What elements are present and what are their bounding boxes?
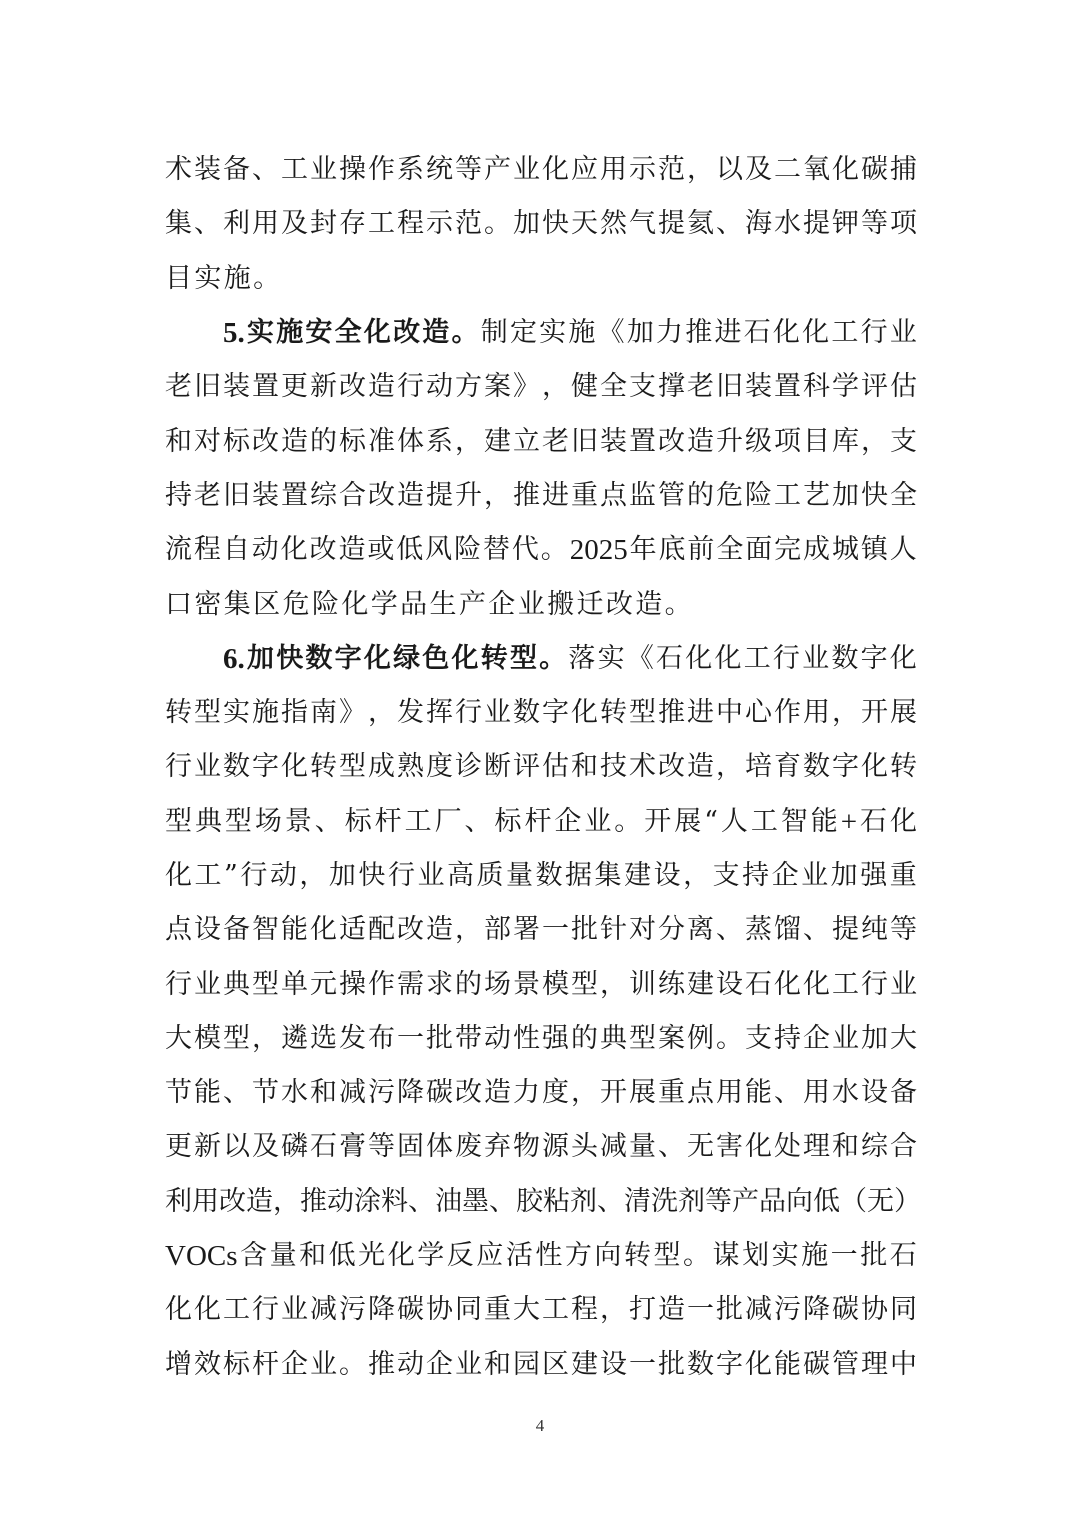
- text-char: 业: [518, 583, 545, 627]
- text-char: 流: [165, 528, 192, 572]
- text-char: 估: [890, 365, 917, 409]
- text-char: 断: [484, 745, 511, 789]
- text-char: 化: [341, 583, 368, 627]
- text-char: 力: [513, 1071, 540, 1115]
- text-char: 二: [774, 148, 801, 192]
- text-char: 。: [253, 257, 280, 301]
- text-char: 推: [658, 691, 685, 735]
- text-char: 磷: [281, 1125, 308, 1169]
- text-char: 理: [803, 1125, 830, 1169]
- paragraph-line: 型典型场景、标杆工厂、标杆企业。开展“人工智能+石化: [165, 795, 917, 849]
- text-char: 海: [745, 202, 772, 246]
- text-char: 型: [165, 800, 192, 844]
- text-char: 例: [687, 1017, 714, 1061]
- text-char: 降: [368, 1288, 395, 1332]
- text-char: 实: [539, 311, 566, 355]
- text-char: 行: [861, 311, 888, 355]
- text-char: 部: [484, 908, 511, 952]
- text-char: 降: [397, 1071, 424, 1115]
- text-char: 质: [476, 854, 503, 898]
- text-char: 强: [860, 854, 887, 898]
- text-char: 合: [890, 1125, 917, 1169]
- text-char: 施: [801, 1234, 828, 1278]
- section-heading-char: 加: [247, 637, 274, 681]
- text-char: 智: [781, 800, 808, 844]
- text-char: 装: [252, 474, 279, 518]
- text-char: 施: [252, 691, 279, 735]
- text-char: 实: [194, 257, 221, 301]
- text-char: 重: [658, 1071, 685, 1115]
- text-char: 智: [252, 908, 279, 952]
- text-char: 对: [194, 420, 221, 464]
- text-char: 配: [368, 908, 395, 952]
- text-char: 案: [658, 1017, 685, 1061]
- text-char: 点: [600, 474, 627, 518]
- text-char: 定: [510, 311, 537, 355]
- paragraph-line: 转型实施指南》，发挥行业数字化转型推进中心作用，开展: [165, 686, 917, 740]
- text-char: 碳: [397, 1288, 424, 1332]
- text-char: 石: [656, 637, 683, 681]
- text-char: 选: [310, 1017, 337, 1061]
- text-char: 存: [339, 202, 366, 246]
- text-char: 品: [400, 583, 427, 627]
- text-char: 练: [658, 963, 685, 1007]
- paragraph-line: 流程自动化改造或低风险替代。2025年底前全面完成城镇人: [165, 523, 917, 577]
- text-char: 能: [745, 1071, 772, 1115]
- text-char: 应: [571, 148, 598, 192]
- text-char: 的: [455, 963, 482, 1007]
- text-char: 一: [629, 1343, 656, 1387]
- text-char: 减: [339, 1071, 366, 1115]
- text-char: ，: [273, 1180, 300, 1224]
- text-char: 求: [426, 963, 453, 1007]
- text-char: 化: [890, 800, 917, 844]
- text-char: 用: [803, 1071, 830, 1115]
- text-char: 和: [299, 1234, 326, 1278]
- text-char: 集: [224, 583, 251, 627]
- text-char: 动: [270, 854, 297, 898]
- text-char: 业: [194, 745, 221, 789]
- text-char: 城: [832, 528, 859, 572]
- text-char: 面: [745, 528, 772, 572]
- text-char: 管: [658, 474, 685, 518]
- text-char: 废: [455, 1125, 482, 1169]
- text-char: 系: [426, 420, 453, 464]
- text-char: 字: [542, 691, 569, 735]
- text-char: 指: [281, 691, 308, 735]
- text-char: 加: [861, 1017, 888, 1061]
- text-char: 碳: [426, 1071, 453, 1115]
- text-char: 化: [802, 311, 829, 355]
- text-char: 老: [687, 365, 714, 409]
- text-char: 减: [745, 1288, 772, 1332]
- text-char: 洗: [651, 1180, 678, 1224]
- text-char: 及: [281, 202, 308, 246]
- text-char: 快: [358, 854, 385, 898]
- text-char: ，: [368, 691, 395, 735]
- text-char: 建: [687, 963, 714, 1007]
- text-char: 的: [310, 420, 337, 464]
- text-char: 中: [716, 691, 743, 735]
- text-char: 协: [426, 1288, 453, 1332]
- text-char: 批: [658, 1343, 685, 1387]
- text-char: 造: [658, 1288, 685, 1332]
- text-char: 范: [658, 148, 685, 192]
- text-char: 、: [315, 800, 342, 844]
- text-char: 业: [802, 637, 829, 681]
- text-char: 能: [811, 800, 838, 844]
- text-char: 协: [861, 1288, 888, 1332]
- text-char: 批: [860, 1234, 887, 1278]
- text-char: 水: [832, 1071, 859, 1115]
- text-char: 一: [831, 1234, 858, 1278]
- text-char: 含: [240, 1234, 267, 1278]
- text-char: 操: [339, 148, 366, 192]
- section-heading-char: 。: [452, 311, 479, 355]
- text-char: 氧: [803, 148, 830, 192]
- text-char: 化: [310, 908, 337, 952]
- text-char: 转: [165, 691, 192, 735]
- text-char: 旧: [194, 365, 221, 409]
- text-char: 持: [774, 1017, 801, 1061]
- text-char: ，: [571, 1071, 598, 1115]
- text-char: 业: [417, 854, 444, 898]
- text-char: 加: [513, 202, 540, 246]
- text-char: 操: [339, 963, 366, 1007]
- text-char: 实: [772, 1234, 799, 1278]
- text-char: 案: [484, 365, 511, 409]
- text-char: 然: [600, 202, 627, 246]
- text-char: 撑: [658, 365, 685, 409]
- text-char: 型: [339, 745, 366, 789]
- text-char: 化: [281, 745, 308, 789]
- text-char: 转: [600, 691, 627, 735]
- text-char: 企: [281, 1343, 308, 1387]
- text-char: 展: [629, 1071, 656, 1115]
- text-char: 批: [571, 908, 598, 952]
- text-char: 以: [223, 1125, 250, 1169]
- text-char: 工: [405, 800, 432, 844]
- text-char: 工: [832, 963, 859, 1007]
- text-char: 南: [310, 691, 337, 735]
- text-char: 进: [687, 691, 714, 735]
- text-char: 的: [687, 474, 714, 518]
- text-char: 支: [890, 420, 917, 464]
- paragraph-line: 节能、节水和减污降碳改造力度，开展重点用能、用水设备: [165, 1066, 917, 1120]
- text-char: 弃: [484, 1125, 511, 1169]
- text-char: 馏: [774, 908, 801, 952]
- text-char: 开: [600, 1071, 627, 1115]
- text-char: 。: [614, 800, 641, 844]
- text-char: 改: [310, 528, 337, 572]
- text-char: 数: [223, 745, 250, 789]
- paragraph-line: 老旧装置更新改造行动方案》，健全支撑老旧装置科学评估: [165, 360, 917, 414]
- text-char: 涂: [354, 1180, 381, 1224]
- text-char: ”: [224, 854, 238, 898]
- text-char: 持: [742, 854, 769, 898]
- text-char: 工: [751, 800, 778, 844]
- text-char: 一: [687, 1288, 714, 1332]
- text-char: 准: [368, 420, 395, 464]
- text-char: 改: [368, 474, 395, 518]
- text-char: 工: [744, 637, 771, 681]
- text-char: 、: [774, 1071, 801, 1115]
- text-char: 字: [716, 1343, 743, 1387]
- section-heading-char: 化: [364, 637, 391, 681]
- text-char: 业: [281, 1288, 308, 1332]
- text-char: 布: [368, 1017, 395, 1061]
- text-char: 和: [571, 745, 598, 789]
- text-char: 标: [345, 800, 372, 844]
- text-char: 》: [513, 365, 540, 409]
- text-char: 污: [339, 1288, 366, 1332]
- text-char: 活: [506, 1234, 533, 1278]
- text-char: 推: [513, 474, 540, 518]
- text-char: 更: [165, 1125, 192, 1169]
- text-char: 标: [223, 420, 250, 464]
- text-char: 。: [665, 583, 692, 627]
- text-char: 改: [606, 583, 633, 627]
- text-char: 代: [512, 528, 539, 572]
- text-char: 据: [565, 854, 592, 898]
- text-char: 型: [629, 691, 656, 735]
- text-char: 水: [774, 202, 801, 246]
- text-char: 行: [165, 745, 192, 789]
- text-char: 评: [861, 365, 888, 409]
- text-char: 险: [312, 583, 339, 627]
- text-char: 同: [890, 1288, 917, 1332]
- text-char: 遴: [281, 1017, 308, 1061]
- text-char: 业: [455, 1343, 482, 1387]
- section-heading-char: 安: [305, 311, 332, 355]
- text-char: 。: [484, 202, 511, 246]
- text-char: 改: [339, 365, 366, 409]
- text-char: 量: [270, 1234, 297, 1278]
- text-char: ，: [484, 474, 511, 518]
- section-heading-char: 造: [422, 311, 449, 355]
- text-char: 育: [774, 745, 801, 789]
- text-char: 险: [454, 528, 481, 572]
- text-char: 设: [194, 908, 221, 952]
- text-char: ，: [455, 908, 482, 952]
- text-char: 企: [488, 583, 515, 627]
- text-char: 光: [358, 1234, 385, 1278]
- text-char: 统: [426, 148, 453, 192]
- text-char: 全: [716, 528, 743, 572]
- text-char: 品: [759, 1180, 786, 1224]
- text-char: 作: [368, 148, 395, 192]
- text-char: 适: [339, 908, 366, 952]
- text-char: 动: [426, 365, 453, 409]
- text-char: 中: [890, 1343, 917, 1387]
- text-char: 理: [861, 1343, 888, 1387]
- paragraph-line: 大模型，遴选发布一批带动性强的典型案例。支持企业加大: [165, 1012, 917, 1066]
- text-char: 综: [310, 474, 337, 518]
- text-char: 替: [483, 528, 510, 572]
- text-char: 业: [484, 691, 511, 735]
- text-char: 集: [165, 202, 192, 246]
- text-char: 等: [890, 908, 917, 952]
- text-char: 备: [223, 908, 250, 952]
- text-char: 模: [542, 963, 569, 1007]
- text-char: 化: [714, 637, 741, 681]
- text-char: 心: [745, 691, 772, 735]
- text-char: ，: [600, 1288, 627, 1332]
- text-char: 项: [890, 202, 917, 246]
- text-char: ，: [832, 691, 859, 735]
- text-char: 源: [542, 1125, 569, 1169]
- text-char: 设: [600, 1343, 627, 1387]
- text-char: 完: [774, 528, 801, 572]
- text-char: 石: [890, 1234, 917, 1278]
- text-char: 工: [831, 311, 858, 355]
- text-char: 、: [465, 800, 492, 844]
- text-char: 库: [832, 420, 859, 464]
- text-char: 程: [397, 202, 424, 246]
- text-char: 型: [629, 1017, 656, 1061]
- text-char: 转: [310, 745, 337, 789]
- text-char: 化: [281, 528, 308, 572]
- text-char: 离: [687, 908, 714, 952]
- text-char: 化: [832, 148, 859, 192]
- text-char: 。: [716, 1017, 743, 1061]
- text-char: 成: [803, 528, 830, 572]
- text-char: 提: [426, 474, 453, 518]
- text-char: 科: [803, 365, 830, 409]
- text-char: 训: [629, 963, 656, 1007]
- text-char: 石: [744, 311, 771, 355]
- text-char: 一: [542, 908, 569, 952]
- text-char: 企: [426, 1343, 453, 1387]
- text-char: 膏: [339, 1125, 366, 1169]
- text-char: ，: [455, 420, 482, 464]
- text-char: 改: [252, 420, 279, 464]
- text-char: 数: [536, 854, 563, 898]
- text-char: 施: [568, 311, 595, 355]
- text-char: 化: [165, 1288, 192, 1332]
- text-char: 无: [867, 1180, 894, 1224]
- text-char: 造: [484, 1071, 511, 1115]
- text-char: 、: [408, 1180, 435, 1224]
- text-char: 设: [861, 1071, 888, 1115]
- text-char: 生: [430, 583, 457, 627]
- text-char: 模: [194, 1017, 221, 1061]
- text-char: 碳: [861, 148, 888, 192]
- text-char: 业: [890, 963, 917, 1007]
- text-char: 目: [165, 257, 192, 301]
- text-char: 物: [513, 1125, 540, 1169]
- text-char: 和: [165, 420, 192, 464]
- section-heading-char: 。: [539, 637, 566, 681]
- text-char: 新: [310, 365, 337, 409]
- section-heading-char: 施: [276, 311, 303, 355]
- text-char: 诊: [455, 745, 482, 789]
- text-char: 造: [246, 1180, 273, 1224]
- text-char: 示: [629, 148, 656, 192]
- text-char: 字: [861, 637, 888, 681]
- text-char: 清: [624, 1180, 651, 1224]
- text-char: 风: [425, 528, 452, 572]
- text-char: 厂: [435, 800, 462, 844]
- text-char: 区: [253, 583, 280, 627]
- text-char: 。: [683, 1234, 710, 1278]
- text-char: 点: [687, 1071, 714, 1115]
- paragraph-line: 行业数字化转型成熟度诊断评估和技术改造，培育数字化转: [165, 740, 917, 794]
- section-heading-char: 化: [364, 311, 391, 355]
- text-char: 术: [165, 148, 192, 192]
- text-char: 装: [745, 365, 772, 409]
- text-char: 改: [455, 1071, 482, 1115]
- text-char: 减: [600, 1125, 627, 1169]
- text-char: 景: [285, 800, 312, 844]
- text-char: 化: [685, 637, 712, 681]
- paragraph-line: 术装备、工业操作系统等产业化应用示范，以及二氧化碳捕: [165, 143, 917, 197]
- text-char: 型: [225, 800, 252, 844]
- text-char: 口: [165, 583, 192, 627]
- text-char: ，: [683, 854, 710, 898]
- text-char: 或: [367, 528, 394, 572]
- text-char: 健: [571, 365, 598, 409]
- text-char: 落: [568, 637, 595, 681]
- text-char: 大: [890, 1017, 917, 1061]
- text-char: 同: [455, 1288, 482, 1332]
- text-char: 头: [571, 1125, 598, 1169]
- text-char: 展: [674, 800, 701, 844]
- text-char: 管: [832, 1343, 859, 1387]
- text-char: 用: [600, 148, 627, 192]
- text-char: 挥: [426, 691, 453, 735]
- text-char: 实: [598, 637, 625, 681]
- text-char: 熟: [397, 745, 424, 789]
- text-char: 料: [381, 1180, 408, 1224]
- text-char: 搬: [547, 583, 574, 627]
- text-char: ，: [716, 745, 743, 789]
- section-heading-char: 型: [510, 637, 537, 681]
- text-char: 署: [513, 908, 540, 952]
- text-char: 度: [542, 1071, 569, 1115]
- text-char: 术: [629, 745, 656, 789]
- text-char: 提: [803, 202, 830, 246]
- text-char: 》: [339, 691, 366, 735]
- text-char: 产: [484, 148, 511, 192]
- text-char: 型: [252, 963, 279, 1007]
- text-char: 置: [252, 365, 279, 409]
- text-char: 重: [484, 1288, 511, 1332]
- text-char: 量: [629, 1125, 656, 1169]
- text-char: 化: [745, 1343, 772, 1387]
- text-char: 行: [773, 637, 800, 681]
- text-char: 大: [165, 1017, 192, 1061]
- text-char: 典: [600, 1017, 627, 1061]
- text-char: 蒸: [745, 908, 772, 952]
- section-heading-char: 数: [305, 637, 332, 681]
- text-char: 减: [310, 1288, 337, 1332]
- text-char: 低: [396, 528, 423, 572]
- text-char: 制: [481, 311, 508, 355]
- text-char: 《: [627, 637, 654, 681]
- text-char: 方: [565, 1234, 592, 1278]
- text-char: 产: [732, 1180, 759, 1224]
- text-char: 体: [397, 420, 424, 464]
- text-char: 底: [659, 528, 686, 572]
- text-char: 改: [658, 420, 685, 464]
- text-char: 、: [252, 148, 279, 192]
- text-char: 化: [388, 1234, 415, 1278]
- text-char: 化: [542, 148, 569, 192]
- text-char: 行: [388, 854, 415, 898]
- text-char: 、: [489, 1180, 516, 1224]
- text-char: 效: [194, 1343, 221, 1387]
